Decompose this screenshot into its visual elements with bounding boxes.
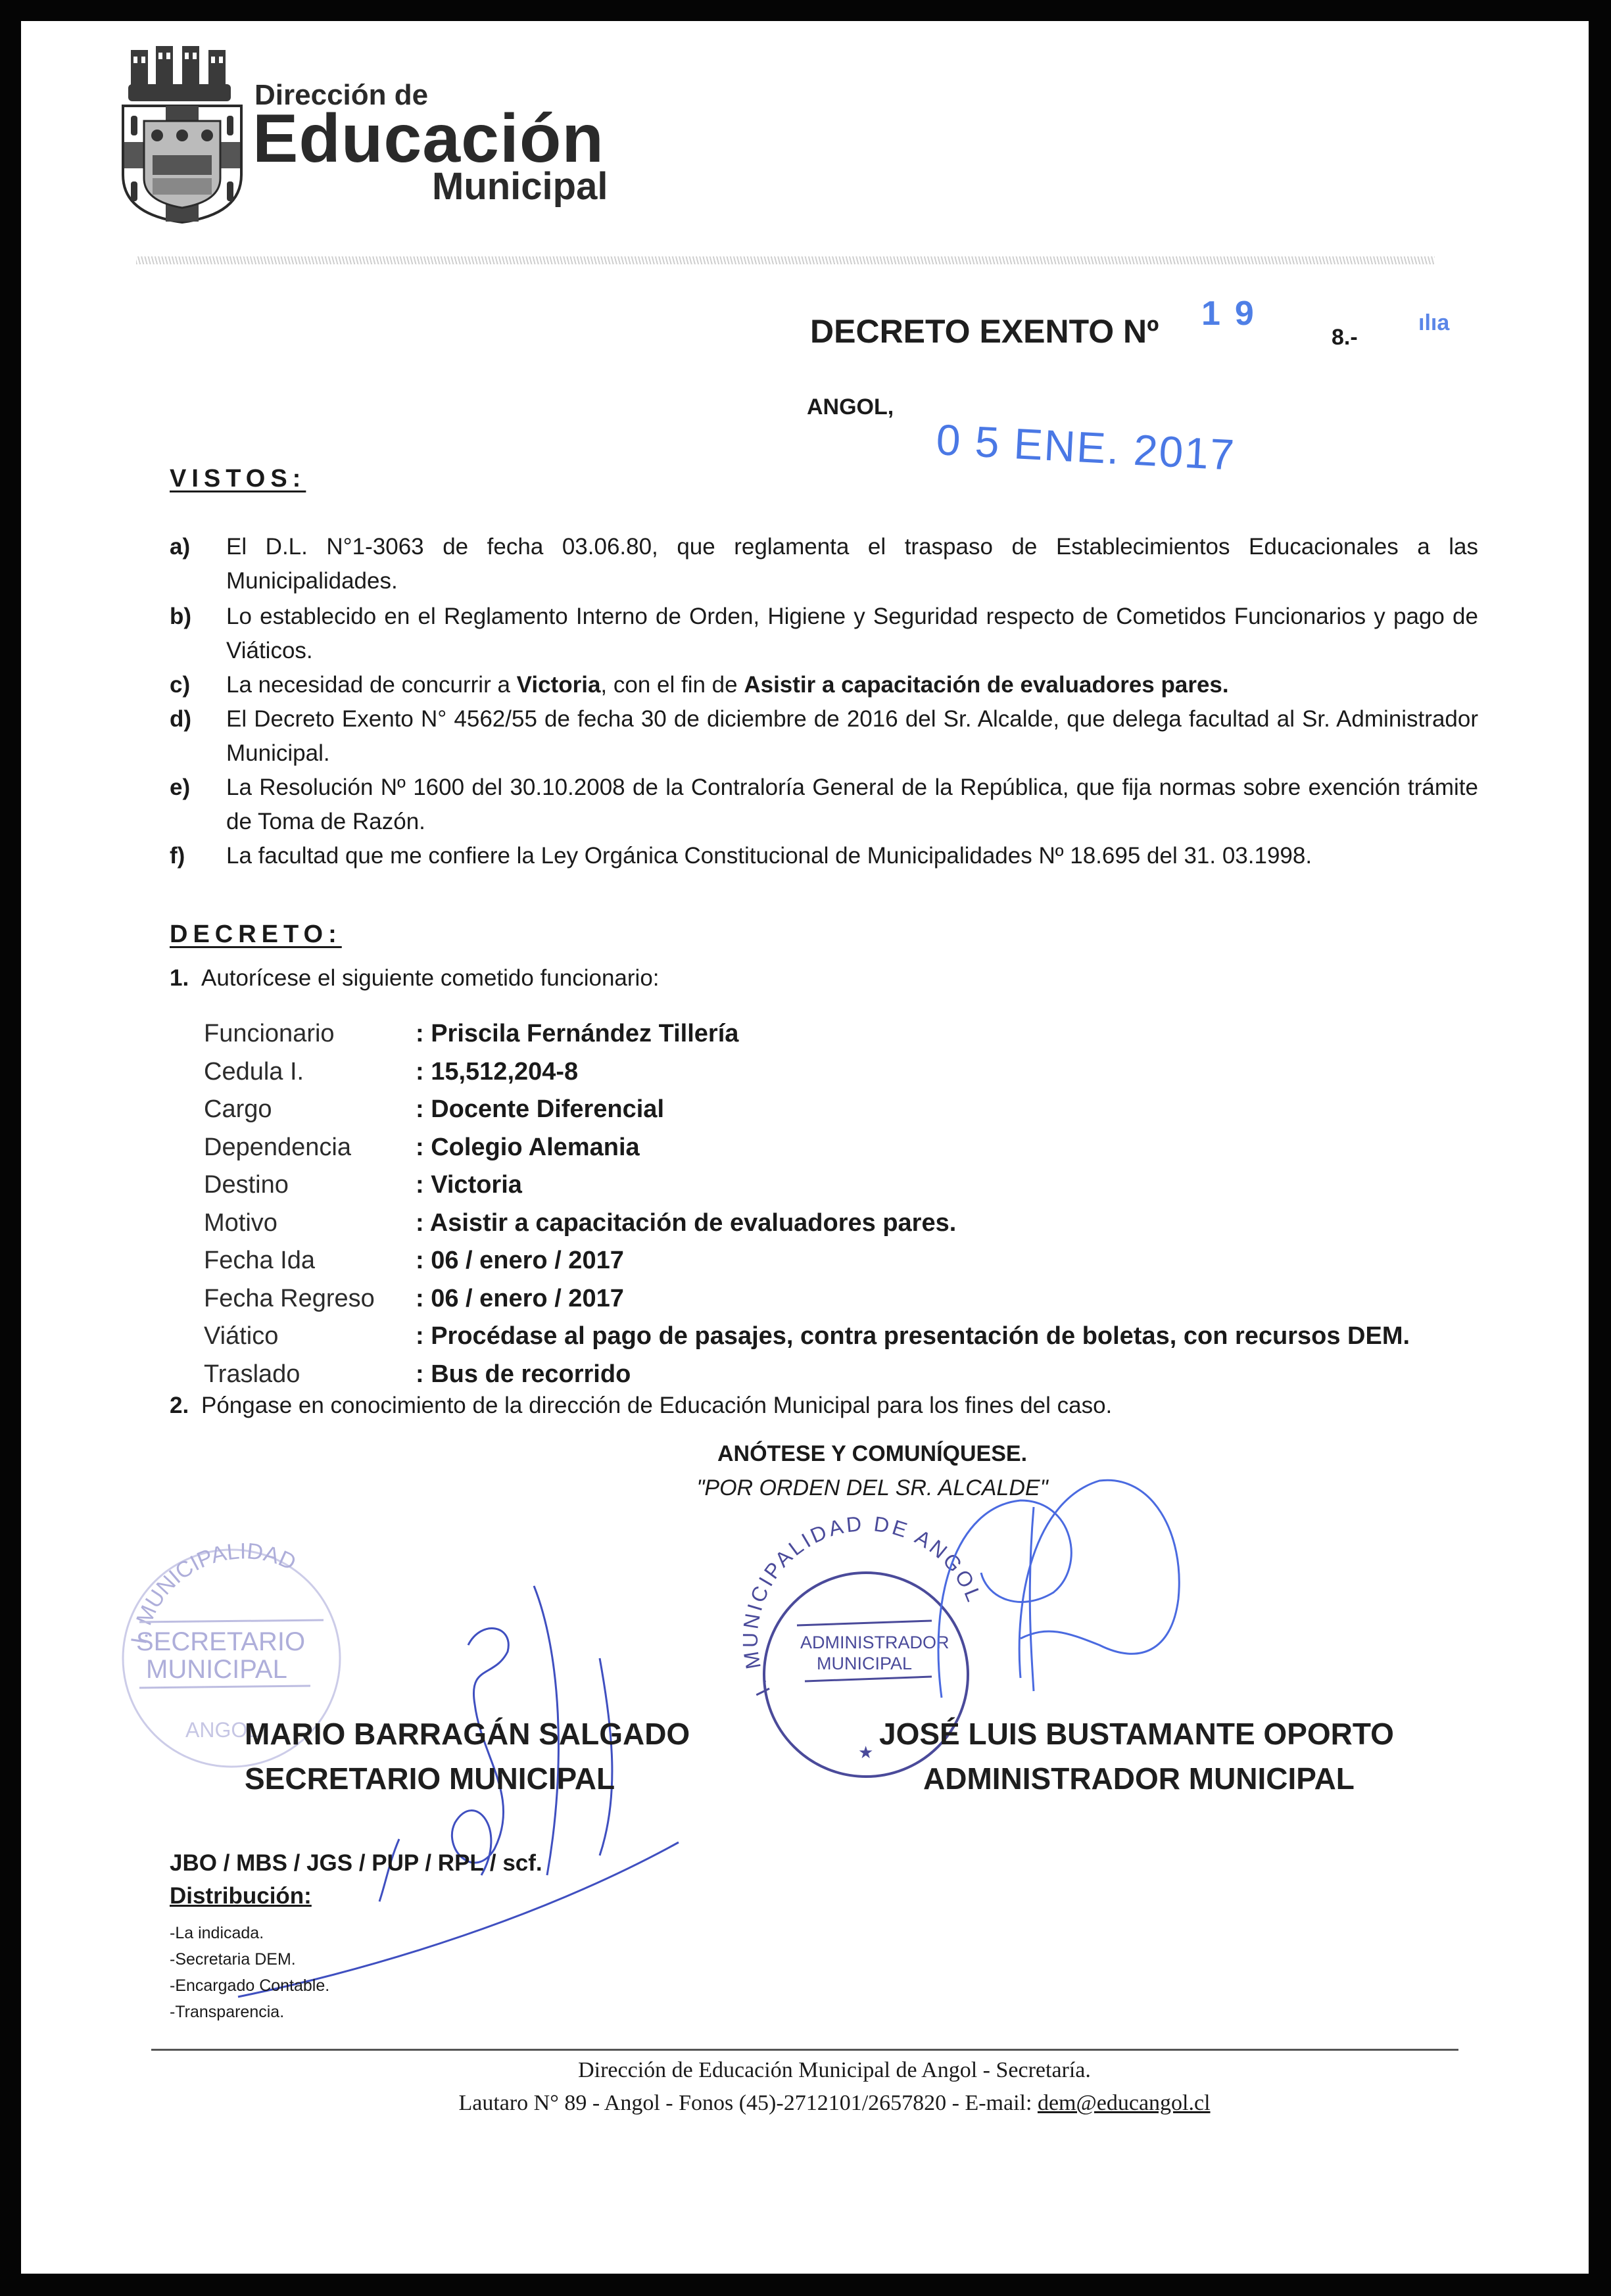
item-label: e) — [170, 771, 226, 839]
item-text: La facultad que me confiere la Ley Orgán… — [226, 839, 1478, 873]
anotese-line: ANÓTESE Y COMUNÍQUESE. — [21, 1441, 1589, 1467]
field-row: Cargo: Docente Diferencial — [204, 1091, 1410, 1129]
item-label: a) — [170, 530, 226, 598]
decreto-point-1: 1. Autorícese el siguiente cometido func… — [170, 965, 660, 992]
date-stamp: 0 5 ENE. 2017 — [935, 414, 1237, 480]
distribution-item: -Encargado Contable. — [170, 1973, 329, 1999]
signer-right-name: JOSÉ LUIS BUSTAMANTE OPORTO — [879, 1716, 1394, 1752]
distribution-item: -Transparencia. — [170, 1999, 329, 2025]
decree-suffix-stamp: ılıa — [1418, 310, 1449, 336]
footer-line2: Lautaro N° 89 - Angol - Fonos (45)-27121… — [21, 2091, 1589, 2116]
distribution-item: -La indicada. — [170, 1920, 329, 1946]
decree-suffix: 8.- — [1332, 325, 1358, 350]
item-text: Lo establecido en el Reglamento Interno … — [226, 600, 1478, 668]
item-label: d) — [170, 702, 226, 771]
decree-number-stamp: 19 — [1201, 294, 1268, 333]
svg-text:I. MUNICIPALIDAD: I. MUNICIPALIDAD — [126, 1539, 299, 1646]
field-row: Cedula I.: 15,512,204-8 — [204, 1053, 1410, 1091]
vistos-item: b) Lo establecido en el Reglamento Inter… — [170, 600, 1478, 668]
svg-text:MUNICIPAL: MUNICIPAL — [817, 1654, 912, 1673]
footer-email-link[interactable]: dem@educangol.cl — [1038, 2091, 1211, 2115]
vistos-item: e) La Resolución Nº 1600 del 30.10.2008 … — [170, 771, 1478, 839]
svg-text:MUNICIPAL: MUNICIPAL — [146, 1655, 287, 1684]
distribution-item: -Secretaria DEM. — [170, 1946, 329, 1973]
signer-right-role: ADMINISTRADOR MUNICIPAL — [923, 1761, 1355, 1796]
svg-text:★: ★ — [858, 1743, 873, 1763]
footer-divider — [151, 2049, 1458, 2051]
decreto-point-2: 2. Póngase en conocimiento de la direcci… — [170, 1393, 1112, 1419]
item-label: f) — [170, 839, 226, 873]
signature-right-icon — [938, 1480, 1179, 1698]
coat-of-arms-icon — [116, 43, 248, 224]
letterhead-line3: Municipal — [432, 164, 608, 208]
item-text: La Resolución Nº 1600 del 30.10.2008 de … — [226, 771, 1478, 839]
vistos-item: a) El D.L. N°1-3063 de fecha 03.06.80, q… — [170, 530, 1478, 598]
field-row: Fecha Ida: 06 / enero / 2017 — [204, 1242, 1410, 1280]
distribution-heading: Distribución: — [170, 1883, 312, 1909]
field-row: Motivo: Asistir a capacitación de evalua… — [204, 1205, 1410, 1243]
item-text: La necesidad de concurrir a Victoria, co… — [226, 668, 1478, 702]
vistos-item: c) La necesidad de concurrir a Victoria,… — [170, 668, 1478, 702]
item-label: c) — [170, 668, 226, 702]
svg-text:SECRETARIO: SECRETARIO — [136, 1627, 305, 1656]
vistos-item: d) El Decreto Exento N° 4562/55 de fecha… — [170, 702, 1478, 771]
field-row: Dependencia: Colegio Alemania — [204, 1129, 1410, 1167]
signer-left-name: MARIO BARRAGÁN SALGADO — [245, 1716, 690, 1752]
svg-text:ADMINISTRADOR: ADMINISTRADOR — [800, 1633, 950, 1652]
field-row: Traslado: Bus de recorrido — [204, 1356, 1410, 1394]
item-text: El Decreto Exento N° 4562/55 de fecha 30… — [226, 702, 1478, 771]
field-row: Fecha Regreso: 06 / enero / 2017 — [204, 1280, 1410, 1318]
svg-text:I. MUNICIPALIDAD DE ANGOL: I. MUNICIPALIDAD DE ANGOL — [738, 1512, 987, 1700]
signer-left-role: SECRETARIO MUNICIPAL — [245, 1761, 615, 1796]
item-label: b) — [170, 600, 226, 668]
item-text: El D.L. N°1-3063 de fecha 03.06.80, que … — [226, 530, 1478, 598]
distribution-list: -La indicada. -Secretaria DEM. -Encargad… — [170, 1920, 329, 2025]
por-orden-line: "POR ORDEN DEL SR. ALCALDE" — [21, 1475, 1589, 1501]
field-row: Destino: Victoria — [204, 1166, 1410, 1205]
decreto-heading: DECRETO: — [170, 921, 342, 949]
vistos-heading: VISTOS: — [170, 465, 306, 493]
footer-line1: Dirección de Educación Municipal de Ango… — [21, 2058, 1589, 2083]
cometido-fields: Funcionario: Priscila Fernández Tillería… — [204, 1015, 1410, 1393]
place-label: ANGOL, — [807, 395, 894, 420]
header-divider — [136, 256, 1435, 264]
field-row: Viático: Procédase al pago de pasajes, c… — [204, 1318, 1410, 1356]
decree-title: DECRETO EXENTO Nº — [810, 312, 1159, 350]
vistos-item: f) La facultad que me confiere la Ley Or… — [170, 839, 1478, 873]
field-row: Funcionario: Priscila Fernández Tillería — [204, 1015, 1410, 1053]
initials-line: JBO / MBS / JGS / PUP / RPL / scf. — [170, 1850, 542, 1877]
decree-page: Dirección de Educación Municipal DECRETO… — [21, 21, 1589, 2274]
